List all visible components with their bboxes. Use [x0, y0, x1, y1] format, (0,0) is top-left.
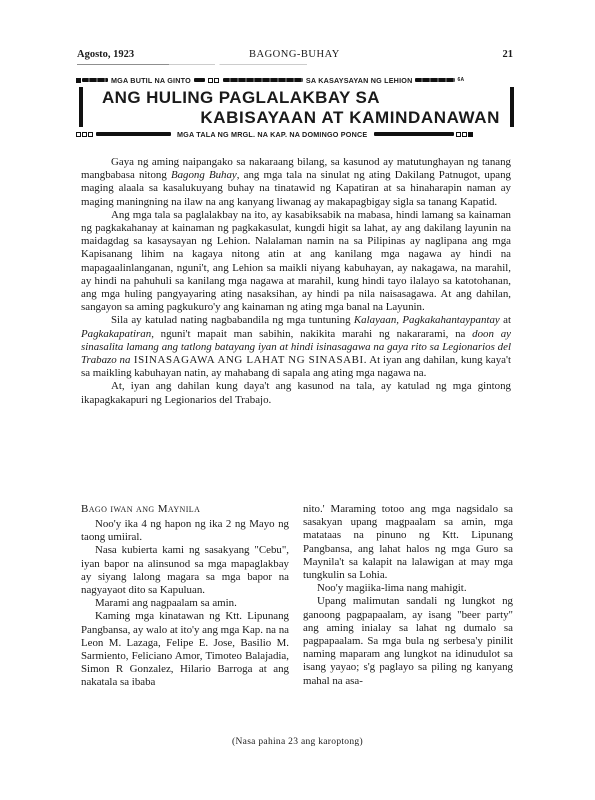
magazine-page: Agosto, 1923 BAGONG-BUHAY 21 MGA BUTIL N…: [0, 0, 595, 800]
ornament-icon: [208, 78, 213, 83]
byline: MGA TALA NG MRGL. NA KAP. NA DOMINGO PON…: [177, 130, 367, 139]
byline-banner: MGA TALA NG MRGL. NA KAP. NA DOMINGO PON…: [76, 129, 516, 139]
ornament-bar: [374, 132, 454, 136]
section-heading: Bago iwan ang Maynila: [81, 503, 289, 516]
article-intro: Gaya ng aming naipangako sa nakaraang bi…: [81, 156, 511, 407]
running-head: Agosto, 1923 BAGONG-BUHAY 21: [77, 49, 513, 63]
frame-left-bar: [79, 87, 83, 127]
paragraph-1: Gaya ng aming naipangako sa nakaraang bi…: [81, 156, 511, 209]
page-number: 21: [503, 49, 514, 60]
magazine-title: BAGONG-BUHAY: [249, 49, 340, 60]
ornament-bar: [82, 78, 108, 82]
column-left: Bago iwan ang Maynila Noo'y ika 4 ng hap…: [81, 503, 289, 690]
paragraph: Noo'y ika 4 ng hapon ng ika 2 ng Mayo ng…: [81, 518, 289, 544]
ornament-icon: [462, 132, 467, 137]
ornament-bar: [223, 78, 303, 82]
frame-right-bar: [510, 87, 514, 127]
ornament-icon: [456, 132, 461, 137]
ornament-bar: [96, 132, 171, 136]
ornament-icon: [468, 132, 473, 137]
ornament-icon: [88, 132, 93, 137]
emphasized-motto: ISINASAGAWA ANG LAHAT NG SINASABI.: [130, 354, 367, 366]
paragraph: Upang malimutan sandali ng lungkot ng ga…: [303, 595, 513, 687]
paragraph-4: At, iyan ang dahilan kung daya't ang kas…: [81, 380, 511, 406]
issue-date: Agosto, 1923: [77, 49, 134, 60]
paragraph: Marami ang nagpaalam sa amin.: [81, 597, 289, 610]
ornament-icon: [76, 132, 81, 137]
ornament-icon: [214, 78, 219, 83]
continuation-note: (Nasa pahina 23 ang karoptong): [0, 737, 595, 747]
ornament-mark: 6A: [457, 77, 464, 83]
series-title-left: MGA BUTIL NA GINTO: [111, 76, 191, 85]
paragraph: Noo'y magiika-lima nang mahigit.: [303, 582, 513, 595]
paragraph: Nasa kubierta kami ng sasakyang "Cebu", …: [81, 544, 289, 597]
ornament-bar: [194, 78, 205, 82]
article-title-block: MGA BUTIL NA GINTO SA KASAYSAYAN NG LEHI…: [76, 75, 516, 139]
column-right: nito.' Maraming totoo ang mga nagsidalo …: [303, 503, 513, 688]
article-title-line-1: ANG HULING PAGLALAKBAY SA: [102, 88, 380, 108]
series-banner: MGA BUTIL NA GINTO SA KASAYSAYAN NG LEHI…: [76, 75, 516, 85]
article-title-line-2: KABISAYAAN AT KAMINDANAWAN: [200, 108, 500, 128]
paragraph-2: Ang mga tala sa paglalakbay na ito, ay k…: [81, 209, 511, 315]
ornament-icon: [82, 132, 87, 137]
paragraph: nito.' Maraming totoo ang mga nagsidalo …: [303, 503, 513, 582]
paragraph: Kaming mga kinatawan ng Ktt. Lipunang Pa…: [81, 610, 289, 689]
header-rule: [77, 64, 307, 65]
paragraph-3: Sila ay katulad nating nagbabandila ng m…: [81, 314, 511, 380]
ornament-bar: [415, 78, 455, 82]
ornament-icon: [76, 78, 81, 83]
series-title-right: SA KASAYSAYAN NG LEHION: [306, 76, 413, 85]
publication-name: Bagong Buhay: [171, 169, 237, 181]
